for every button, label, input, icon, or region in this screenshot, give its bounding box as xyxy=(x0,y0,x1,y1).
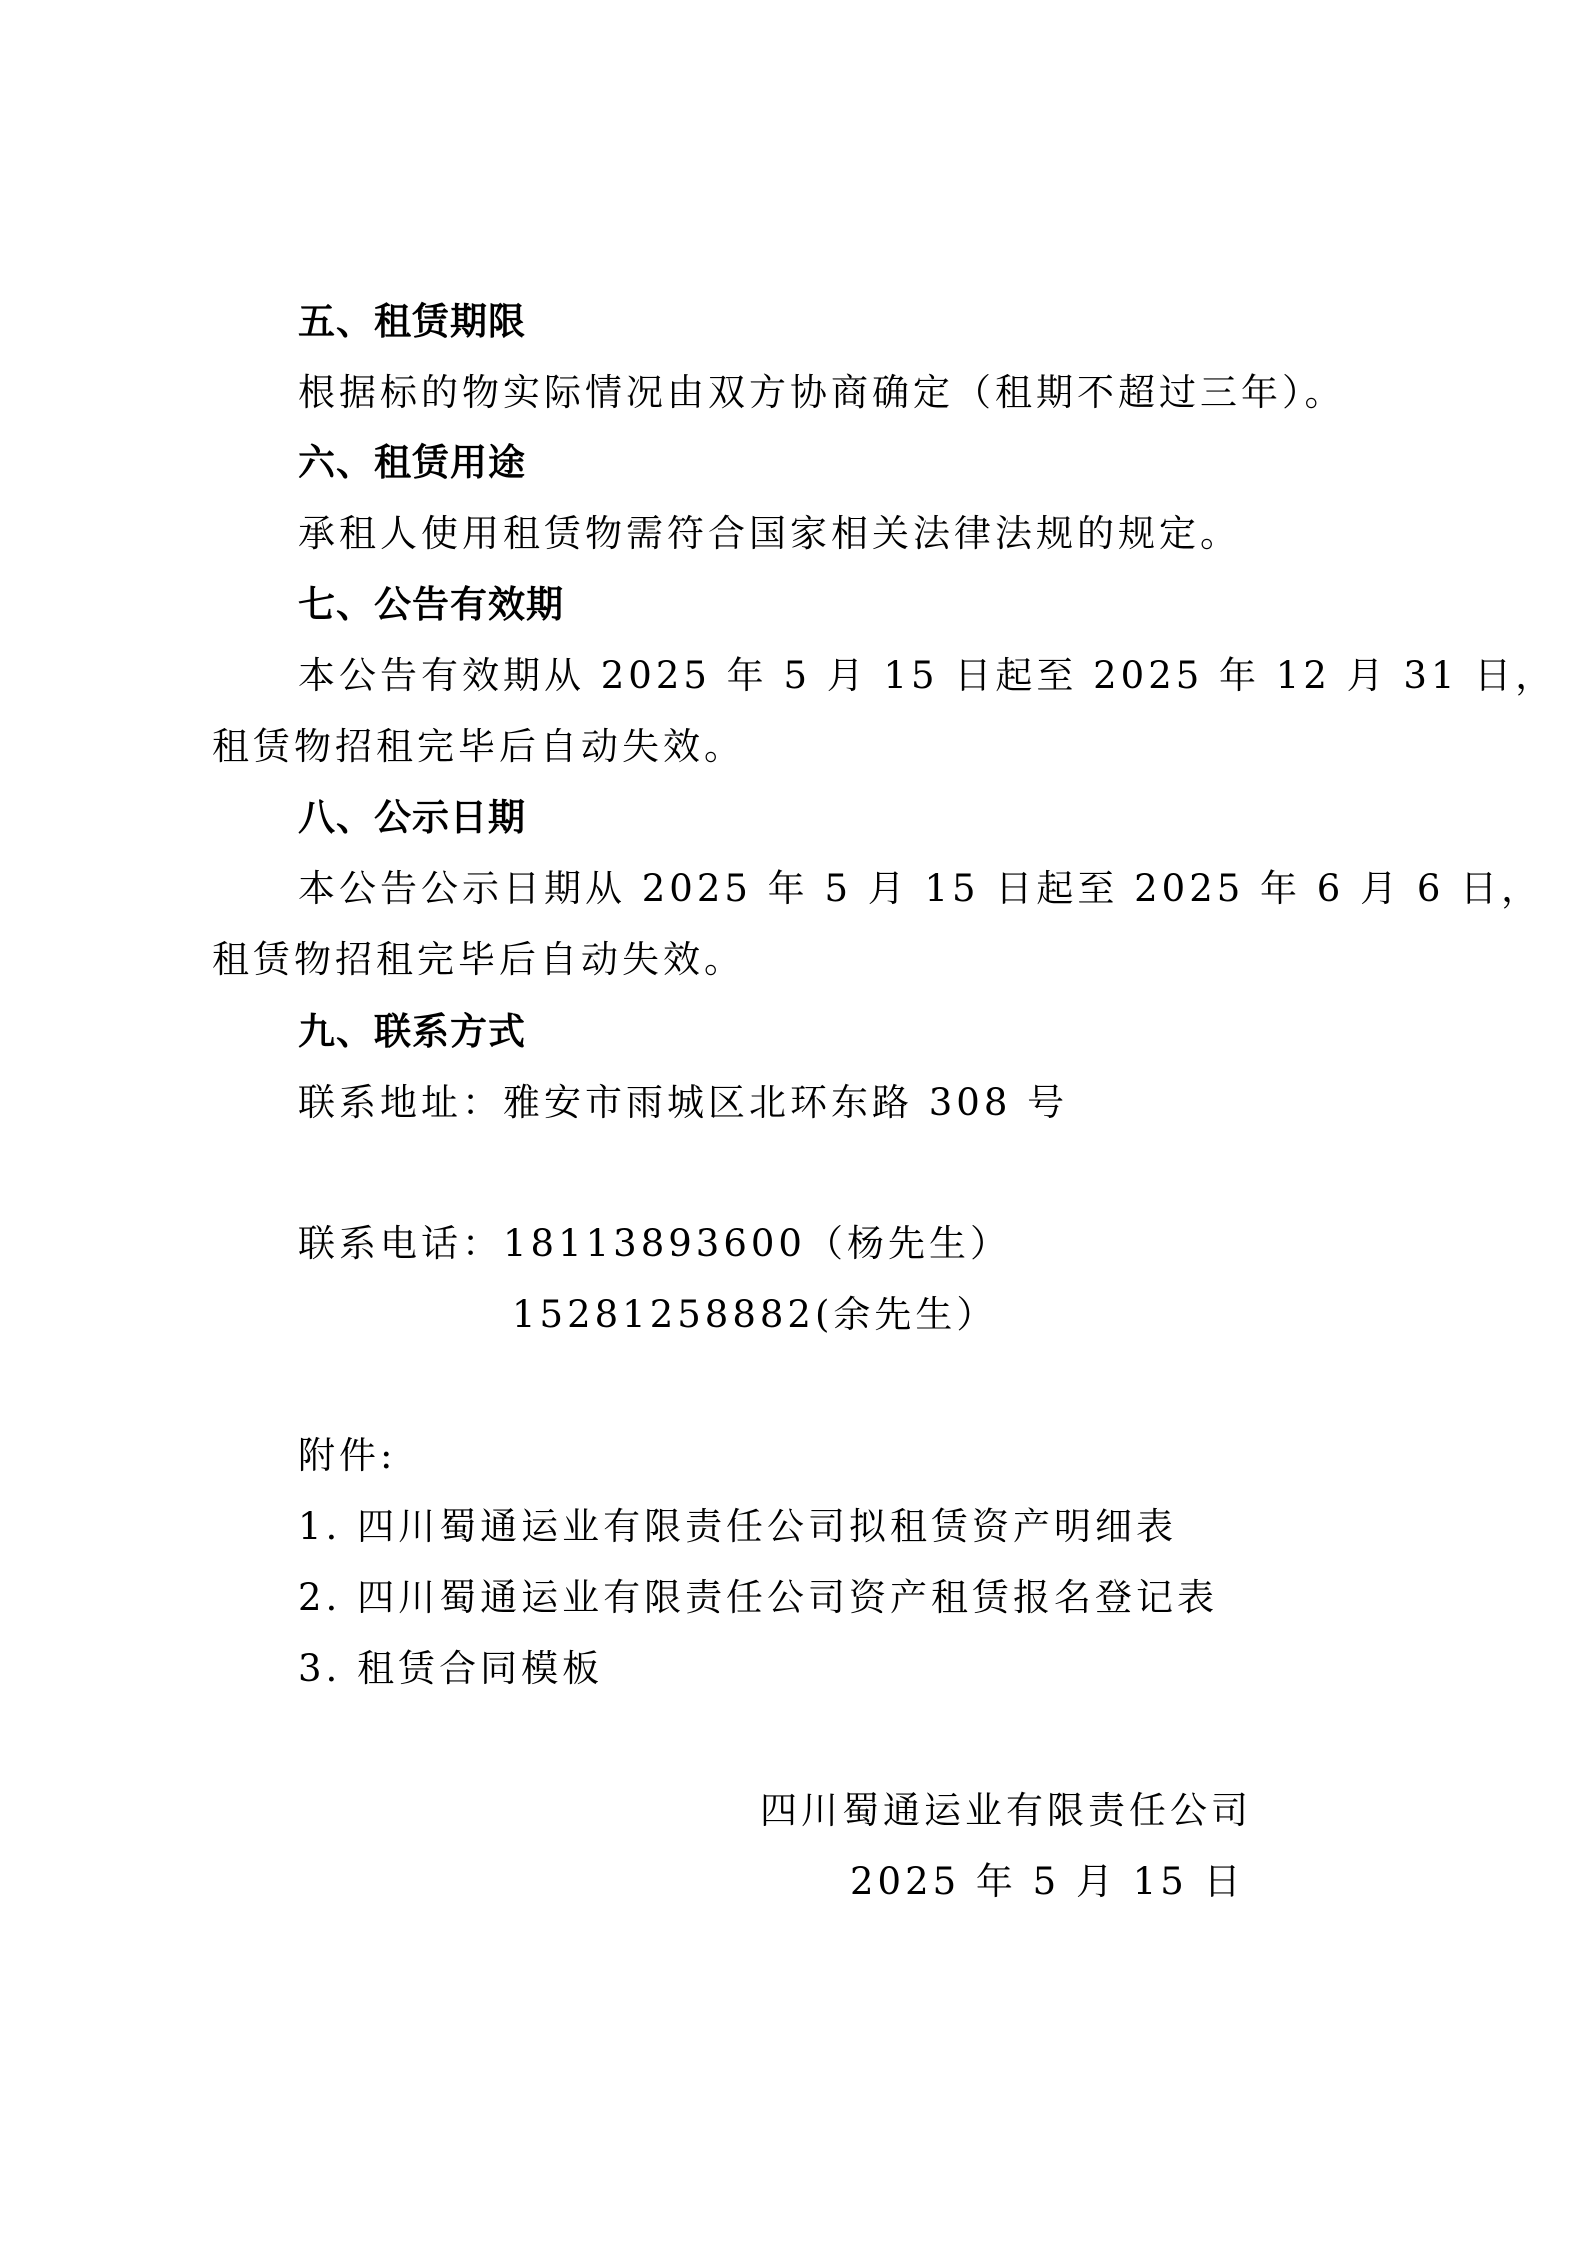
section-text-validity-line1: 本公告有效期从 2025 年 5 月 15 日起至 2025 年 12 月 31… xyxy=(298,654,1556,698)
contact-address: 联系地址：雅安市雨城区北环东路 308 号 xyxy=(298,1081,1068,1125)
section-text-publicity-line1: 本公告公示日期从 2025 年 5 月 15 日起至 2025 年 6 月 6 … xyxy=(298,867,1542,911)
section-text-publicity-line2: 租赁物招租完毕后自动失效。 xyxy=(212,938,745,982)
section-heading-lease-term: 五、租赁期限 xyxy=(298,300,526,344)
section-heading-lease-use: 六、租赁用途 xyxy=(298,441,526,485)
contact-phone-label: 联系电话： xyxy=(298,1222,503,1265)
attachment-item-2: 2. 四川蜀通运业有限责任公司资产租赁报名登记表 xyxy=(298,1576,1218,1620)
contact-phone-2: 15281258882(余先生） xyxy=(512,1293,997,1337)
document-page: 五、租赁期限 根据标的物实际情况由双方协商确定（租期不超过三年）。 六、租赁用途… xyxy=(0,0,1587,2245)
contact-address-label: 联系地址： xyxy=(298,1081,503,1124)
section-heading-validity: 七、公告有效期 xyxy=(298,583,564,627)
attachment-item-3: 3. 租赁合同模板 xyxy=(298,1647,603,1691)
section-text-lease-term: 根据标的物实际情况由双方协商确定（租期不超过三年）。 xyxy=(298,371,1346,415)
signature-company: 四川蜀通运业有限责任公司 xyxy=(760,1789,1252,1833)
attachment-item-1: 1. 四川蜀通运业有限责任公司拟租赁资产明细表 xyxy=(298,1505,1177,1549)
contact-phone: 联系电话：18113893600（杨先生） xyxy=(298,1222,1011,1266)
section-heading-publicity-date: 八、公示日期 xyxy=(298,796,526,840)
attachments-label: 附件: xyxy=(298,1434,396,1478)
section-heading-contact: 九、联系方式 xyxy=(298,1010,526,1054)
contact-phone-1: 18113893600（杨先生） xyxy=(503,1222,1011,1265)
signature-date: 2025 年 5 月 15 日 xyxy=(850,1860,1245,1904)
section-text-lease-use: 承租人使用租赁物需符合国家相关法律法规的规定。 xyxy=(298,512,1241,556)
contact-address-value: 雅安市雨城区北环东路 308 号 xyxy=(503,1081,1068,1124)
section-text-validity-line2: 租赁物招租完毕后自动失效。 xyxy=(212,725,745,769)
